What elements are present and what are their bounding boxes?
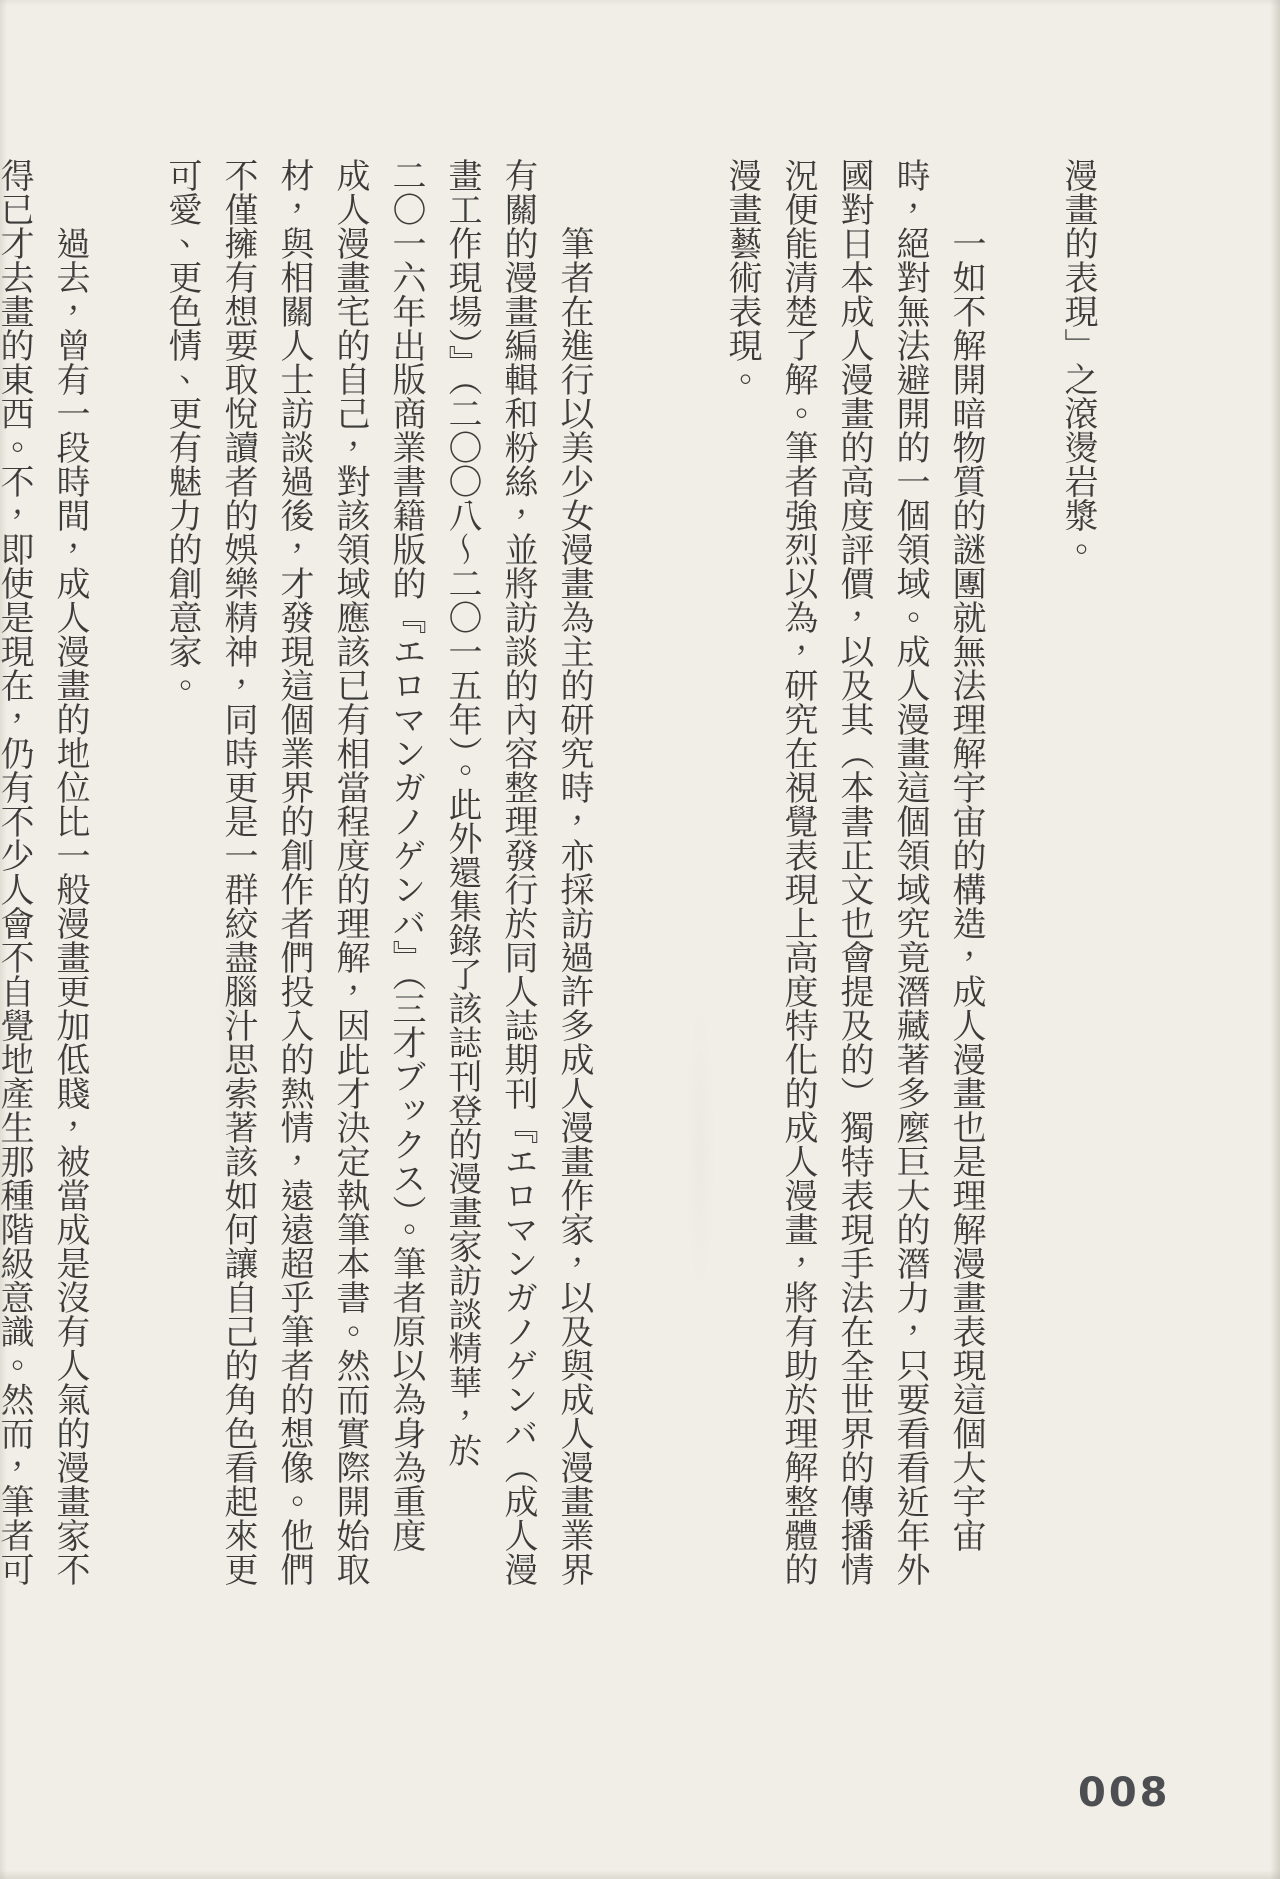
paragraph-status-of-adult-manga: 過去，曾有一段時間，成人漫畫的地位比一般漫畫更加低賤，被當成是沒有人氣的漫畫家不… bbox=[0, 158, 97, 1598]
body-text: 漫畫的表現」之滾燙岩漿。 一如不解開暗物質的謎團就無法理解宇宙的構造，成人漫畫也… bbox=[0, 158, 1161, 1598]
page-number: 008 bbox=[1078, 1770, 1171, 1816]
paragraph-continuation: 漫畫的表現」之滾燙岩漿。 bbox=[1049, 158, 1105, 1598]
paragraph-universe-analogy: 一如不解開暗物質的謎團就無法理解宇宙的構造，成人漫畫也是理解漫畫表現這個大宇宙 … bbox=[713, 158, 993, 1598]
paragraph-research-interviews: 筆者在進行以美少女漫畫為主的研究時，亦採訪過許多成人漫畫作家，以及與成人漫畫業界… bbox=[153, 158, 601, 1598]
book-page: 漫畫的表現」之滾燙岩漿。 一如不解開暗物質的謎團就無法理解宇宙的構造，成人漫畫也… bbox=[0, 0, 1280, 1879]
